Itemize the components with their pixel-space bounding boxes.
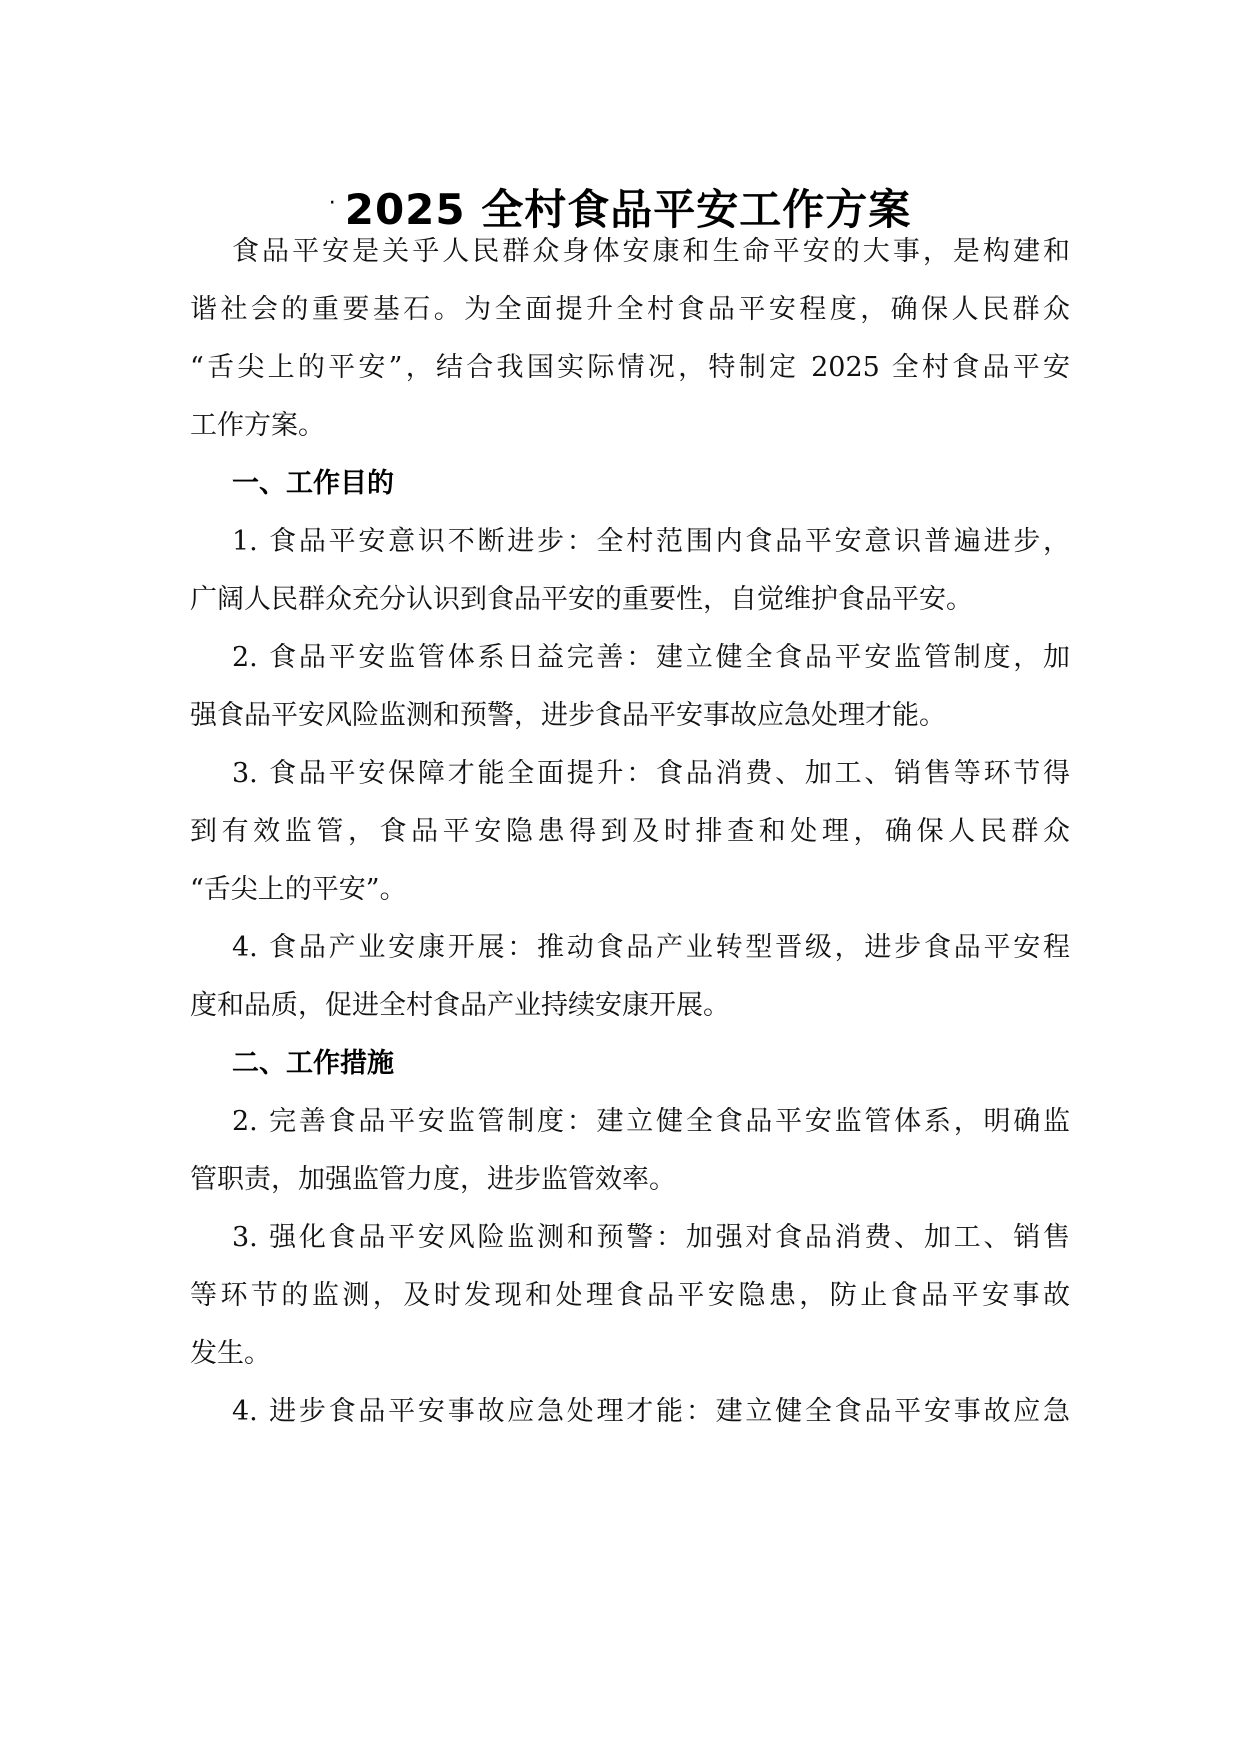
goal-1-line-1: 1. 食品平安意识不断进步：全村范围内食品平安意识普遍进步， (232, 522, 1070, 562)
measure-2-line-1: 2. 完善食品平安监管制度：建立健全食品平安监管体系，明确监 (232, 1102, 1070, 1142)
goal-4-line-1: 4. 食品产业安康开展：推动食品产业转型晋级，进步食品平安程 (232, 928, 1070, 968)
goal-4-line-2: 度和品质，促进全村食品产业持续安康开展。 (190, 986, 1070, 1026)
intro-line-3: “舌尖上的平安”，结合我国实际情况，特制定 2025 全村食品平安 (190, 348, 1070, 388)
intro-line-4: 工作方案。 (190, 406, 1070, 446)
measure-3-line-3: 发生。 (190, 1334, 1070, 1374)
intro-line-1: 食品平安是关乎人民群众身体安康和生命平安的大事，是构建和 (232, 232, 1070, 272)
goal-2-line-2: 强食品平安风险监测和预警，进步食品平安事故应急处理才能。 (190, 696, 1070, 736)
goal-3-line-3: “舌尖上的平安”。 (190, 870, 1070, 910)
section-heading-measures: 二、工作措施 (232, 1044, 394, 1084)
goal-3-line-1: 3. 食品平安保障才能全面提升：食品消费、加工、销售等环节得 (232, 754, 1070, 794)
document-page: ·2025 全村食品平安工作方案 食品平安是关乎人民群众身体安康和生命平安的大事… (0, 0, 1240, 1753)
measure-3-line-1: 3. 强化食品平安风险监测和预警：加强对食品消费、加工、销售 (232, 1218, 1070, 1258)
intro-line-2: 谐社会的重要基石。为全面提升全村食品平安程度，确保人民群众 (190, 290, 1070, 330)
measure-4-line-1: 4. 进步食品平安事故应急处理才能：建立健全食品平安事故应急 (232, 1392, 1070, 1432)
title-bullet-dot: · (329, 191, 337, 216)
document-title: ·2025 全村食品平安工作方案 (0, 176, 1240, 238)
goal-2-line-1: 2. 食品平安监管体系日益完善：建立健全食品平安监管制度，加 (232, 638, 1070, 678)
measure-3-line-2: 等环节的监测，及时发现和处理食品平安隐患，防止食品平安事故 (190, 1276, 1070, 1316)
goal-1-line-2: 广阔人民群众充分认识到食品平安的重要性，自觉维护食品平安。 (190, 580, 1070, 620)
measure-2-line-2: 管职责，加强监管力度，进步监管效率。 (190, 1160, 1070, 1200)
section-heading-goals: 一、工作目的 (232, 464, 394, 504)
goal-3-line-2: 到有效监管，食品平安隐患得到及时排查和处理，确保人民群众 (190, 812, 1070, 852)
document-title-text: 2025 全村食品平安工作方案 (345, 185, 912, 234)
